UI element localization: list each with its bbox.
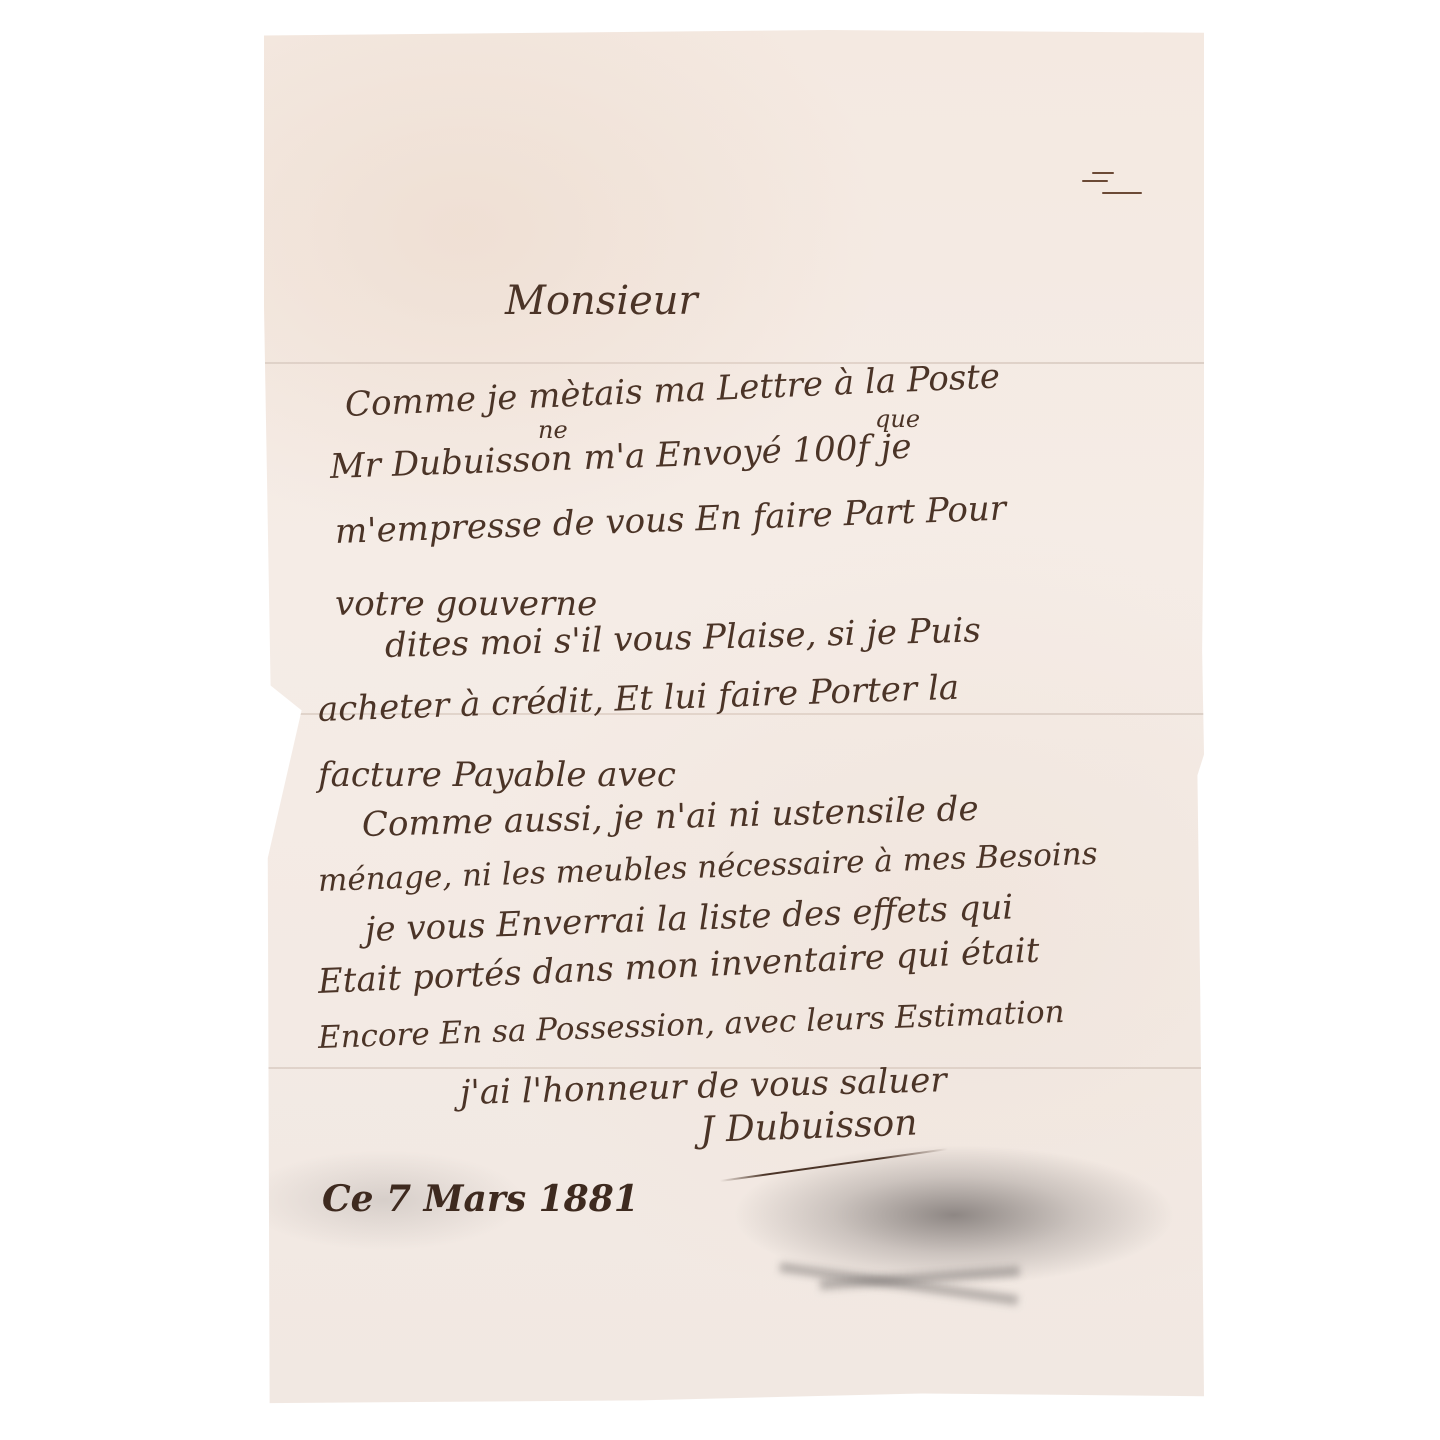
signature: J Dubuisson	[699, 1102, 918, 1151]
fold-crease	[264, 362, 1204, 364]
body-line: facture Payable avec	[318, 755, 676, 795]
salutation: Monsieur	[505, 278, 698, 324]
corner-marks	[1082, 172, 1142, 200]
date-line: Ce 7 Mars 1881	[322, 1178, 639, 1220]
body-line: votre gouverne	[335, 584, 597, 624]
